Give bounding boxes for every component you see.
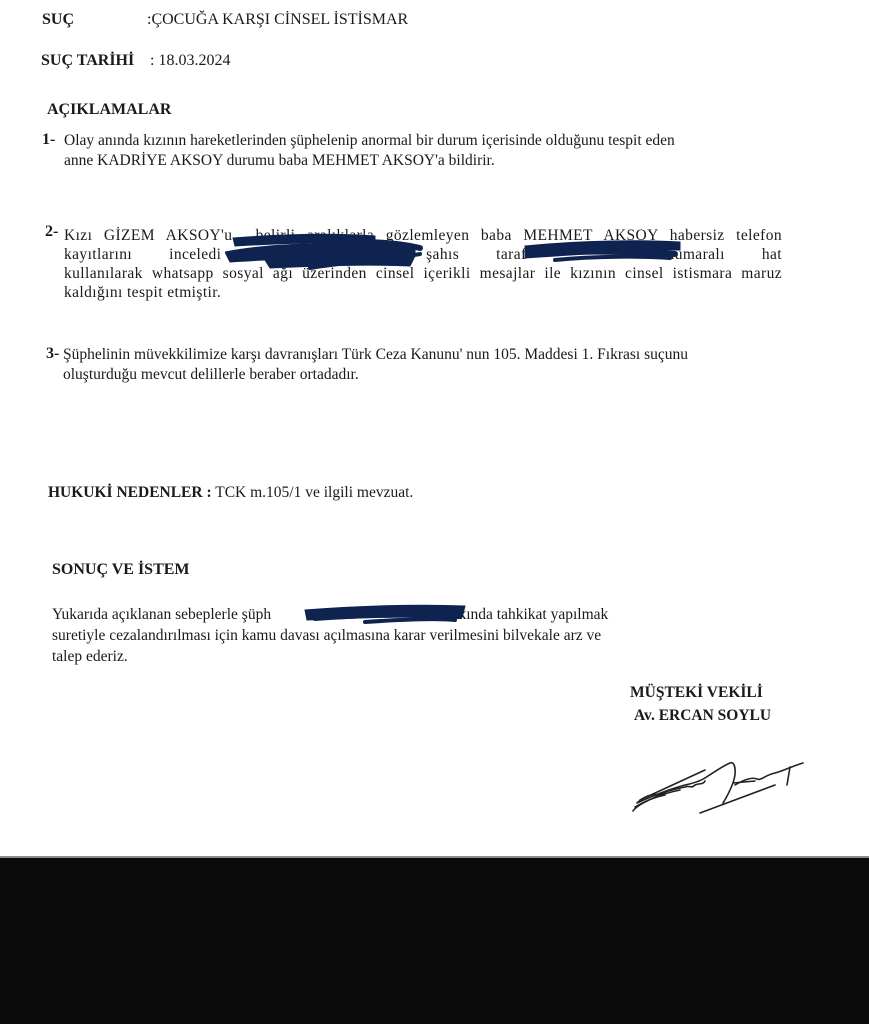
item-2-line-1: Kızı GİZEM AKSOY'u belirli aralıklarla g… <box>64 226 782 245</box>
explanations-title: AÇIKLAMALAR <box>47 101 171 119</box>
signature-icon <box>625 745 815 815</box>
item-2-line-2-a: kayıtlarını inceledi <box>64 246 221 263</box>
item-2-number: 2- <box>45 223 58 241</box>
item-2-line-1-c: gözlemleyen baba MEHMET AKSOY habersiz t… <box>386 227 782 244</box>
item-3-line-1: Şüphelinin müvekkilimize karşı davranışl… <box>63 345 783 365</box>
crime-date-label: SUÇ TARİHİ <box>41 52 134 70</box>
item-2-line-2: kayıtlarını incelediisimli şahıs tarafnu… <box>64 245 782 264</box>
item-2-line-3-b: ağı üzerinden cinsel içerikli mesajlar i… <box>273 265 782 282</box>
document-page: SUÇ :ÇOCUĞA KARŞI CİNSEL İSTİSMAR SUÇ TA… <box>0 0 869 856</box>
item-2-text: Kızı GİZEM AKSOY'u belirli aralıklarla g… <box>64 226 782 302</box>
conclusion-title: SONUÇ VE İSTEM <box>52 561 190 579</box>
item-2-line-2-c: numaralı hat <box>667 246 782 263</box>
attorney-name: Av. ERCAN SOYLU <box>634 707 771 725</box>
legal-grounds-value: TCK m.105/1 ve ilgili mevzuat. <box>215 484 413 501</box>
conclusion-line-1-b: hakkında tahkikat yapılmak <box>436 606 608 623</box>
black-background-area <box>0 858 869 1024</box>
item-3-line-2: oluşturduğu mevcut delillerle beraber or… <box>63 365 783 385</box>
item-2-line-3-a: kullanılarak whatsapp sosy <box>64 265 252 282</box>
legal-grounds: HUKUKİ NEDENLER : TCK m.105/1 ve ilgili … <box>48 484 413 502</box>
crime-value: :ÇOCUĞA KARŞI CİNSEL İSTİSMAR <box>147 11 408 29</box>
item-1-line-1: Olay anında kızının hareketlerinden şüph… <box>64 131 784 151</box>
item-2-line-1-a: Kızı GİZEM AKSOY'u <box>64 227 232 244</box>
conclusion-line-1: Yukarıda açıklanan sebeplerle şüphhakkın… <box>52 604 692 625</box>
item-3-number: 3- <box>46 345 59 363</box>
item-3-text: Şüphelinin müvekkilimize karşı davranışl… <box>63 345 783 385</box>
conclusion-line-3: talep ederiz. <box>52 646 692 667</box>
conclusion-text: Yukarıda açıklanan sebeplerle şüphhakkın… <box>52 604 692 667</box>
crime-date-value: : 18.03.2024 <box>150 52 230 70</box>
item-1-line-2: anne KADRİYE AKSOY durumu baba MEHMET AK… <box>64 151 784 171</box>
conclusion-line-1-a: Yukarıda açıklanan sebeplerle şüph <box>52 606 271 623</box>
item-2-line-4: kaldığını tespit etmiştir. <box>64 283 782 302</box>
crime-label: SUÇ <box>42 11 74 29</box>
item-2-line-3: kullanılarak whatsapp sosyal ağı üzerind… <box>64 264 782 283</box>
attorney-title: MÜŞTEKİ VEKİLİ <box>630 684 763 702</box>
legal-grounds-label: HUKUKİ NEDENLER : <box>48 484 212 501</box>
item-1-text: Olay anında kızının hareketlerinden şüph… <box>64 131 784 171</box>
item-2-line-2-b: isimli şahıs taraf <box>351 246 526 263</box>
conclusion-line-2: suretiyle cezalandırılması için kamu dav… <box>52 625 692 646</box>
item-1-number: 1- <box>42 131 55 149</box>
item-2-line-1-underlined: belirli aralıklarla <box>256 227 375 244</box>
